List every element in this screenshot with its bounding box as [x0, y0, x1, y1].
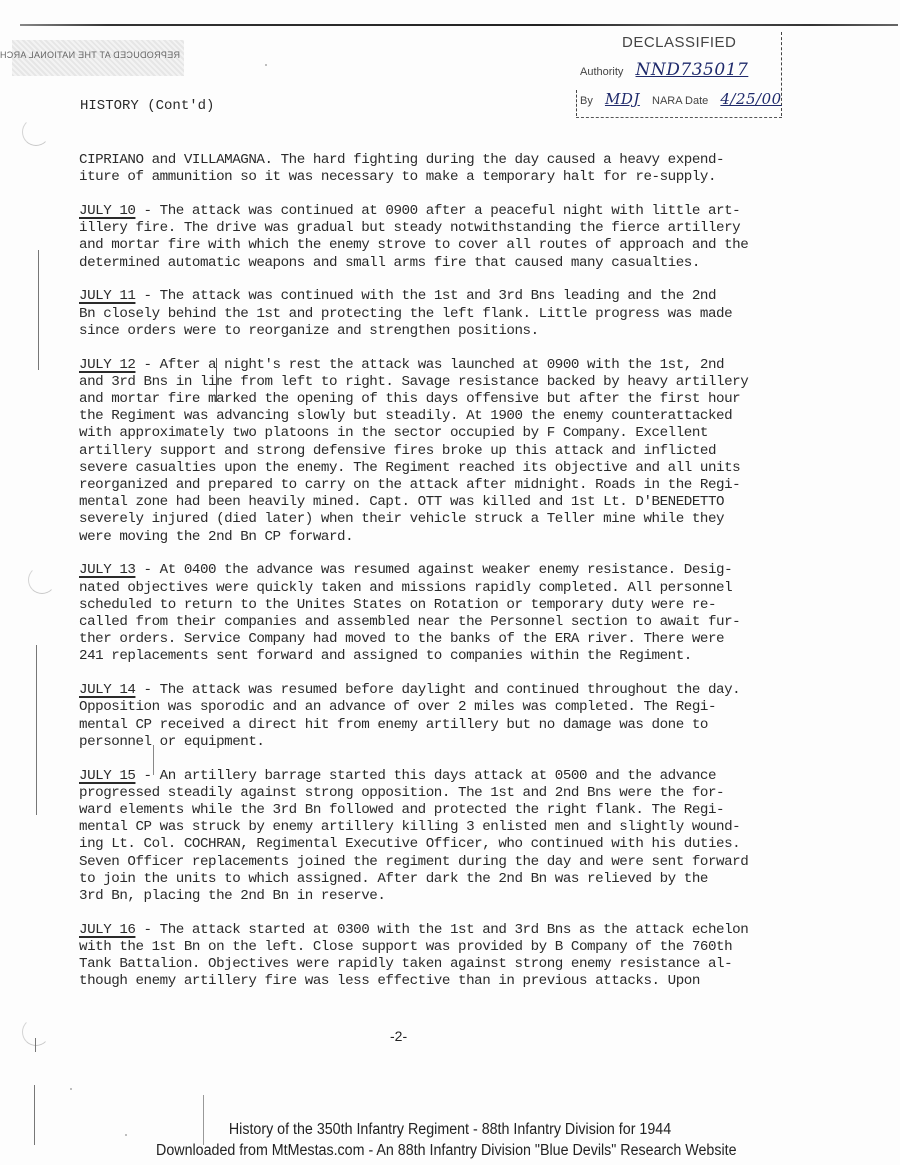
text-line: 241 replacements sent forward and assign… [79, 648, 799, 665]
text-line: reorganized and prepared to carry on the… [79, 477, 799, 494]
text-line: JULY 14 - The attack was resumed before … [79, 682, 799, 699]
text-line: with approximately two platoons in the s… [79, 425, 799, 442]
entry-date: JULY 15 [79, 768, 135, 784]
text-line: Tank Battalion. Objectives were rapidly … [79, 956, 799, 973]
text-line: iture of ammunition so it was necessary … [79, 169, 799, 186]
text-line: JULY 12 - After a night's rest the attac… [79, 357, 799, 374]
declassified-title: DECLASSIFIED [622, 34, 736, 51]
stamp-border [576, 90, 577, 116]
text-line: JULY 15 - An artillery barrage started t… [79, 768, 799, 785]
margin-mark [216, 358, 217, 402]
document-page: REPRODUCED AT THE NATIONAL ARCHIVES DECL… [0, 0, 900, 1165]
footer: History of the 350th Infantry Regiment -… [36, 1119, 864, 1161]
text-line: personnel or equipment. [79, 734, 799, 751]
scan-speck [125, 1134, 127, 1136]
entry-paragraph: JULY 14 - The attack was resumed before … [79, 682, 799, 751]
margin-mark [36, 645, 37, 815]
entry-date: JULY 10 [79, 203, 135, 219]
text-line: the Regiment was advancing slowly but st… [79, 408, 799, 425]
text-line: JULY 16 - The attack started at 0300 wit… [79, 922, 799, 939]
entry-text: - The attack was continued with the 1st … [135, 288, 716, 304]
text-line: ward elements while the 3rd Bn followed … [79, 802, 799, 819]
entry-text: - At 0400 the advance was resumed agains… [135, 562, 732, 578]
text-line: Opposition was sporodic and an advance o… [79, 699, 799, 716]
text-line: severe casualties upon the enemy. The Re… [79, 460, 799, 477]
entry-text: - The attack was resumed before daylight… [135, 682, 740, 698]
text-line: ther orders. Service Company had moved t… [79, 631, 799, 648]
text-line: scheduled to return to the Unites States… [79, 597, 799, 614]
scan-speck [265, 64, 267, 66]
authority-value: NND735017 [636, 60, 749, 80]
text-line: to join the units to which assigned. Aft… [79, 871, 799, 888]
text-line: JULY 11 - The attack was continued with … [79, 288, 799, 305]
nara-date-value: 4/25/00 [720, 90, 781, 108]
entry-text: - After a night's rest the attack was la… [135, 357, 724, 373]
by-value: MDJ [605, 90, 640, 108]
by-date-row: By MDJ NARA Date 4/25/00 [580, 90, 782, 108]
text-line: progressed steadily against strong oppos… [79, 785, 799, 802]
footer-source: Downloaded from MtMestas.com - An 88th I… [29, 1140, 864, 1161]
text-line: since orders were to reorganize and stre… [79, 323, 799, 340]
entry-paragraph: JULY 10 - The attack was continued at 09… [79, 203, 799, 272]
archive-stamp-text: REPRODUCED AT THE NATIONAL ARCHIVES [16, 50, 180, 60]
text-line: JULY 13 - At 0400 the advance was resume… [79, 562, 799, 579]
page-heading: HISTORY (Cont'd) [80, 98, 214, 114]
margin-mark [203, 1095, 204, 1145]
margin-mark [34, 1085, 35, 1145]
text-line: illery fire. The drive was gradual but s… [79, 220, 799, 237]
daily-entries: JULY 10 - The attack was continued at 09… [79, 203, 799, 991]
continuation-paragraph: CIPRIANO and VILLAMAGNA. The hard fighti… [79, 152, 799, 186]
text-line: with the 1st Bn on the left. Close suppo… [79, 939, 799, 956]
text-line: mental CP was struck by enemy artillery … [79, 819, 799, 836]
text-line: severely injured (died later) when their… [79, 511, 799, 528]
entry-paragraph: JULY 11 - The attack was continued with … [79, 288, 799, 340]
authority-row: Authority NND735017 [580, 60, 748, 80]
text-line: and mortar fire marked the opening of th… [79, 391, 799, 408]
text-line: ing Lt. Col. COCHRAN, Regimental Executi… [79, 836, 799, 853]
text-line: artillery support and strong defensive f… [79, 443, 799, 460]
punch-hole-mark [28, 566, 56, 594]
entry-date: JULY 12 [79, 357, 135, 373]
document-body: CIPRIANO and VILLAMAGNA. The hard fighti… [79, 152, 799, 1007]
entry-date: JULY 14 [79, 682, 135, 698]
authority-label: Authority [580, 66, 623, 78]
entry-paragraph: JULY 12 - After a night's rest the attac… [79, 357, 799, 546]
entry-paragraph: JULY 15 - An artillery barrage started t… [79, 768, 799, 906]
text-line: mental CP received a direct hit from ene… [79, 717, 799, 734]
punch-hole-mark [22, 118, 50, 146]
text-line: and 3rd Bns in line from left to right. … [79, 374, 799, 391]
entry-date: JULY 13 [79, 562, 135, 578]
entry-text: - The attack started at 0300 with the 1s… [135, 922, 748, 938]
text-line: though enemy artillery fire was less eff… [79, 973, 799, 990]
nara-date-label: NARA Date [652, 95, 708, 107]
entry-date: JULY 16 [79, 922, 135, 938]
entry-text: - An artillery barrage started this days… [135, 768, 716, 784]
text-line: and mortar fire with which the enemy str… [79, 237, 799, 254]
stamp-border [576, 117, 782, 118]
text-line: JULY 10 - The attack was continued at 09… [79, 203, 799, 220]
page-number: -2- [390, 1028, 407, 1044]
text-line: were moving the 2nd Bn CP forward. [79, 529, 799, 546]
entry-text: - The attack was continued at 0900 after… [135, 203, 740, 219]
text-line: called from their companies and assemble… [79, 614, 799, 631]
margin-mark [153, 745, 154, 775]
by-label: By [580, 95, 593, 107]
text-line: CIPRIANO and VILLAMAGNA. The hard fighti… [79, 152, 799, 169]
text-line: mental zone had been heavily mined. Capt… [79, 494, 799, 511]
entry-paragraph: JULY 13 - At 0400 the advance was resume… [79, 562, 799, 665]
footer-title: History of the 350th Infantry Regiment -… [36, 1119, 864, 1140]
text-line: Bn closely behind the 1st and protecting… [79, 306, 799, 323]
text-line: 3rd Bn, placing the 2nd Bn in reserve. [79, 888, 799, 905]
top-rule [20, 24, 898, 26]
margin-mark [35, 1038, 36, 1052]
text-line: Seven Officer replacements joined the re… [79, 854, 799, 871]
entry-paragraph: JULY 16 - The attack started at 0300 wit… [79, 922, 799, 991]
declassified-stamp: DECLASSIFIED Authority NND735017 By MDJ … [576, 30, 782, 116]
scan-speck [70, 1088, 72, 1090]
text-line: determined automatic weapons and small a… [79, 255, 799, 272]
archive-stamp: REPRODUCED AT THE NATIONAL ARCHIVES [12, 40, 184, 76]
punch-hole-mark [22, 1018, 50, 1046]
entry-date: JULY 11 [79, 288, 135, 304]
text-line: nated objectives were quickly taken and … [79, 580, 799, 597]
margin-mark [38, 250, 39, 370]
